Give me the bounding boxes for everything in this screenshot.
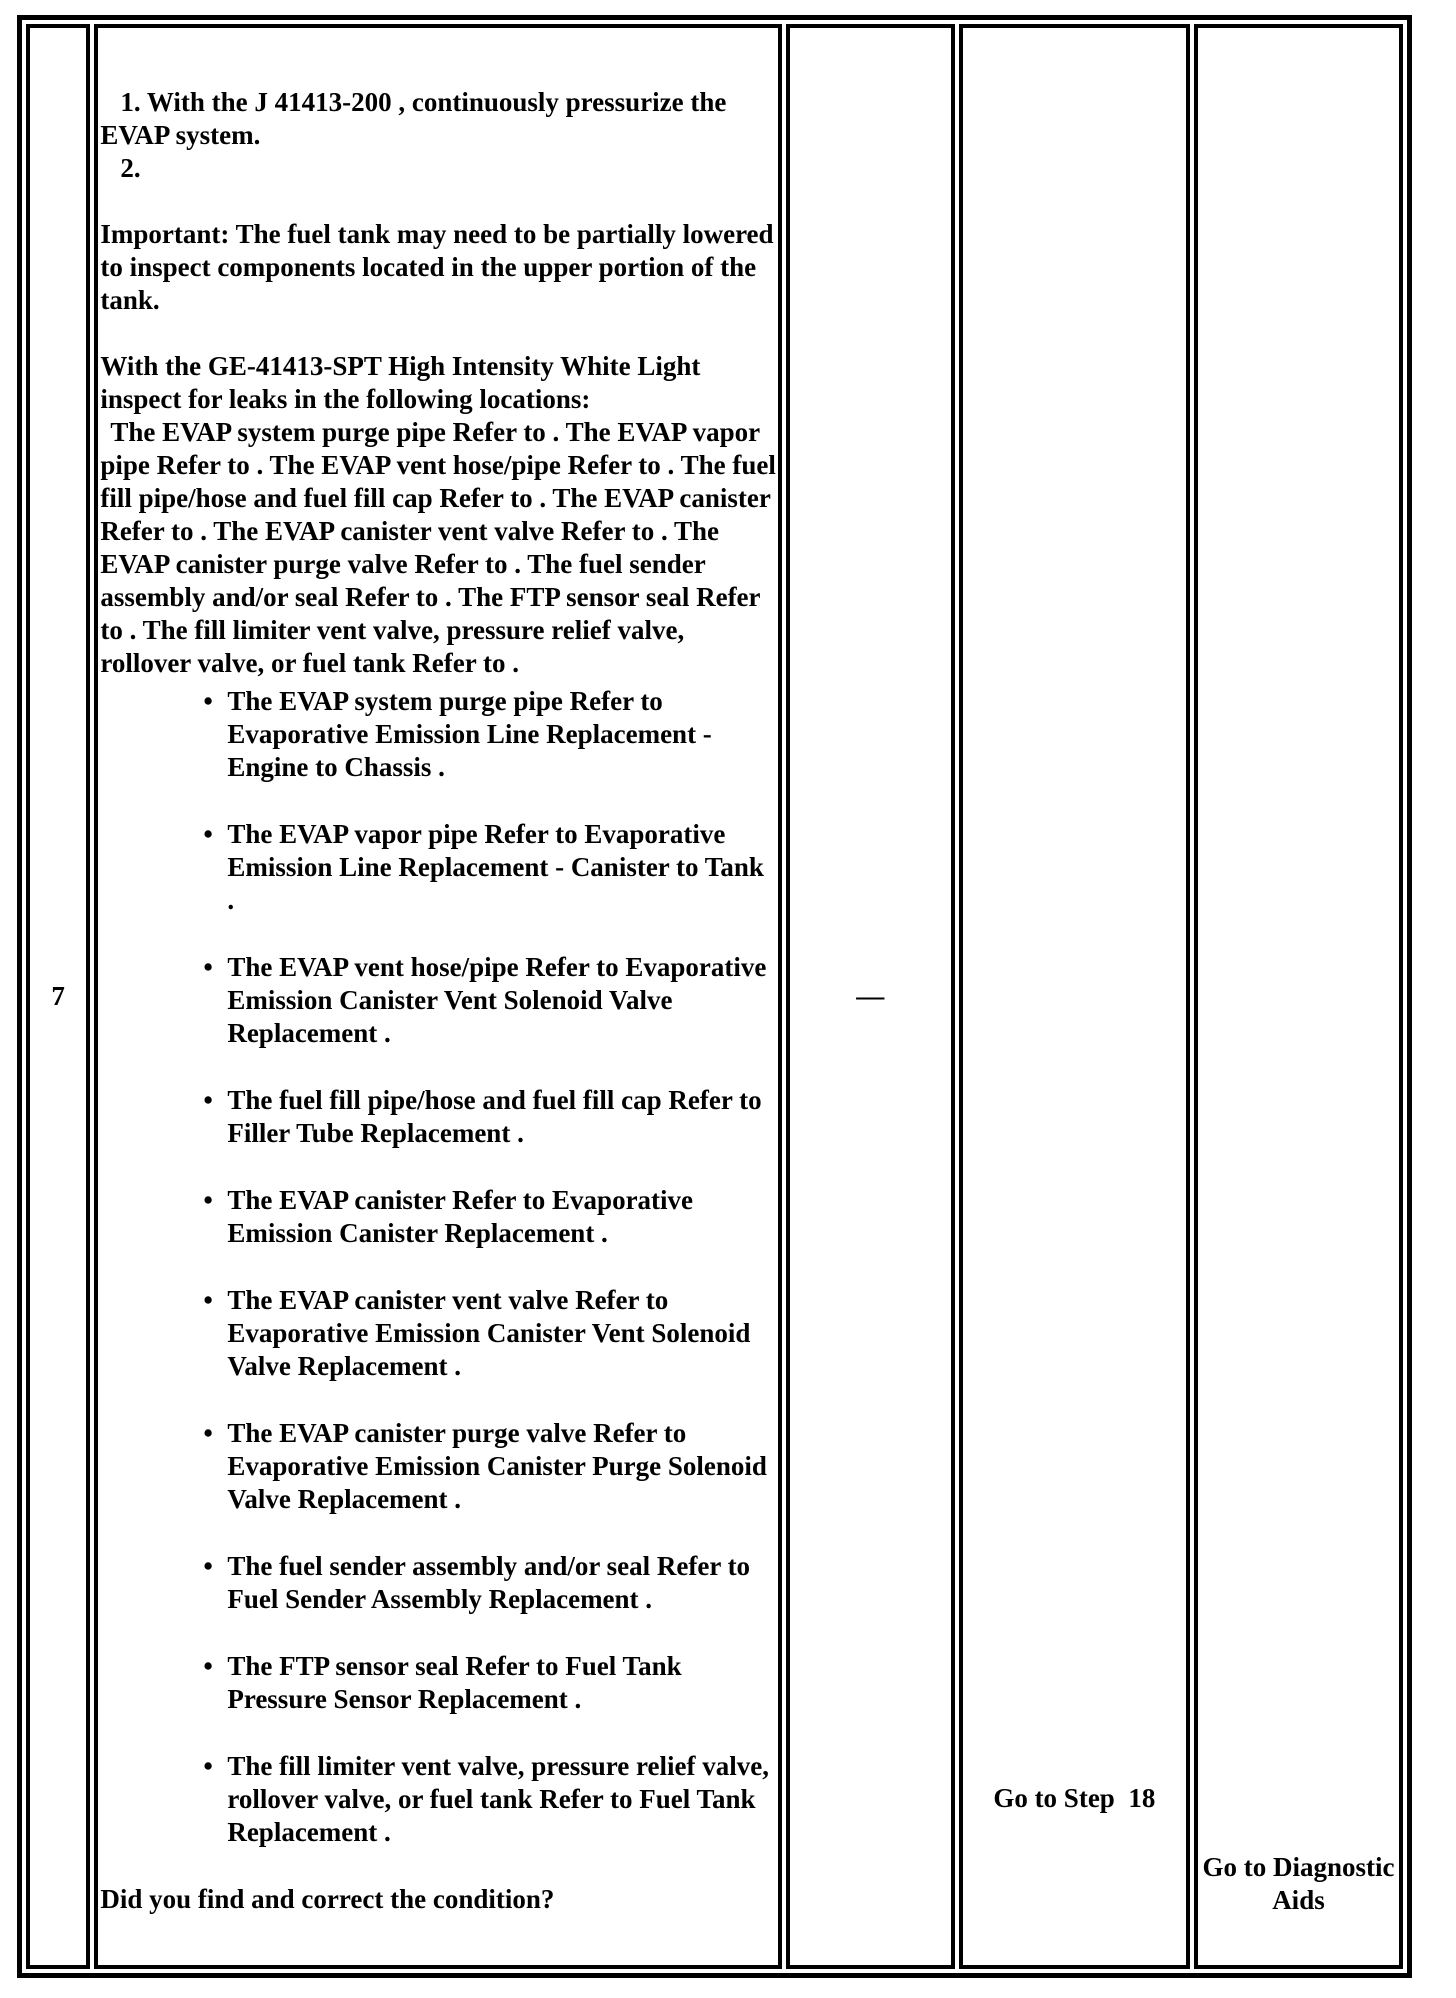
list-item: The fuel fill pipe/hose and fuel fill ca… xyxy=(227,1084,776,1150)
list-item: The EVAP vent hose/pipe Refer to Evapora… xyxy=(227,951,776,1050)
inspection-locations-list: The EVAP system purge pipe Refer to Evap… xyxy=(100,685,776,1849)
list-item: The EVAP system purge pipe Refer to Evap… xyxy=(227,685,776,784)
list-item: The EVAP vapor pipe Refer to Evaporative… xyxy=(227,818,776,917)
value-dash: — xyxy=(856,981,884,1012)
list-item: The EVAP canister vent valve Refer to Ev… xyxy=(227,1284,776,1383)
yes-action-cell: Go to Step 18 xyxy=(959,24,1190,1969)
list-item: The fill limiter vent valve, pressure re… xyxy=(227,1750,776,1849)
action-cell: 1. With the J 41413-200 , continuously p… xyxy=(94,24,782,1969)
numbered-step-2: 2. xyxy=(100,152,776,185)
table-row: 7 1. With the J 41413-200 , continuously… xyxy=(26,24,1403,1969)
locations-summary: The EVAP system purge pipe Refer to . Th… xyxy=(100,416,776,680)
diagnostic-table: 7 1. With the J 41413-200 , continuously… xyxy=(17,15,1412,1978)
numbered-step-1: 1. With the J 41413-200 , continuously p… xyxy=(100,86,776,152)
value-cell: — xyxy=(786,24,955,1969)
condition-question: Did you find and correct the condition? xyxy=(100,1883,776,1916)
list-item: The FTP sensor seal Refer to Fuel Tank P… xyxy=(227,1650,776,1716)
manual-page: 7 1. With the J 41413-200 , continuously… xyxy=(0,0,1456,1998)
yes-action: Go to Step 18 xyxy=(963,1782,1186,1815)
step-number: 7 xyxy=(51,981,65,1011)
list-item: The EVAP canister Refer to Evaporative E… xyxy=(227,1184,776,1250)
no-action-cell: Go to Diagnostic Aids xyxy=(1194,24,1403,1969)
important-note: Important: The fuel tank may need to be … xyxy=(100,218,776,317)
no-action: Go to Diagnostic Aids xyxy=(1198,1851,1399,1917)
list-item: The fuel sender assembly and/or seal Ref… xyxy=(227,1550,776,1616)
list-item: The EVAP canister purge valve Refer to E… xyxy=(227,1417,776,1516)
step-number-cell: 7 xyxy=(26,24,90,1969)
inspect-intro: With the GE-41413-SPT High Intensity Whi… xyxy=(100,350,776,416)
